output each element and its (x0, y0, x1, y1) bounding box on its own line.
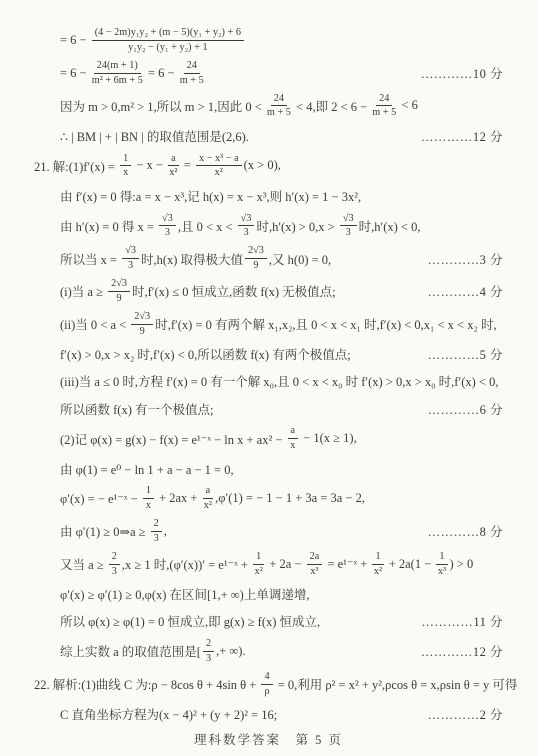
fraction-numerator: 4 (261, 671, 272, 685)
fraction-numerator: a (168, 153, 179, 167)
fraction: 2√39 (108, 278, 130, 305)
math-text: 由 f′(x) = 0 得:a = x − x³,记 h(x) = x − x³… (60, 187, 361, 205)
solution-line: ∴ | BM | + | BN | 的取值范围是(2,6).…………12 分 (34, 125, 503, 146)
fraction: √33 (238, 213, 255, 240)
fraction-denominator: x (290, 439, 295, 452)
fraction-denominator: 3 (346, 226, 351, 239)
math-text: , (164, 524, 167, 539)
fraction-denominator: 3 (128, 259, 133, 272)
math-text: ,x ≥ 1 时,(φ′(x))′ = e¹⁻ˣ + (122, 555, 251, 573)
math-text: < 4,即 2 < 6 − (293, 97, 370, 115)
fraction-denominator: y₁y₂ − (y₁ + y₂) + 1 (128, 41, 207, 54)
math-text: φ′(x) = − e¹⁻ˣ − (60, 491, 141, 507)
solution-line: 由 f′(x) = 0 得:a = x − x³,记 h(x) = x − x³… (34, 185, 503, 206)
fraction-numerator: 2√3 (131, 311, 153, 325)
fraction-numerator: 1 (372, 551, 383, 565)
fraction-denominator: x² (374, 565, 382, 578)
solution-line: 又当 a ≥ 23,x ≥ 1 时,(φ′(x))′ = e¹⁻ˣ + 1x² … (34, 551, 503, 578)
fraction: (4 − 2m)y₁y₂ + (m − 5)(y₁ + y₂) + 6y₁y₂ … (92, 27, 244, 54)
math-text: 由 φ′(1) ≥ 0⇒a ≥ (60, 522, 149, 540)
fraction: 24m + 5 (372, 93, 396, 120)
solution-line: 21. 解:(1)f′(x) = 1x − x − ax² = x − x³ −… (34, 153, 503, 180)
fraction-denominator: m² + 6m + 5 (92, 74, 143, 87)
fraction-denominator: 3 (112, 565, 117, 578)
fraction-denominator: ρ (264, 685, 269, 698)
fraction-numerator: √3 (238, 213, 255, 227)
math-text: 所以当 x = (60, 250, 120, 268)
solution-line: (2)记 φ(x) = g(x) − f(x) = e¹⁻ˣ − ln x + … (34, 425, 503, 452)
fraction-numerator: 1 (120, 153, 131, 167)
fraction: 23 (203, 638, 214, 665)
fraction: 1x³ (436, 551, 447, 578)
fraction: 1x² (253, 551, 264, 578)
math-text: 时,f′(x) = 0 有两个解 x₁,x₂,且 0 < x < x₁ 时,f′… (155, 315, 496, 333)
math-text: (2)记 φ(x) = g(x) − f(x) = e¹⁻ˣ − ln x + … (60, 430, 286, 448)
score-marker: …………11 分 (413, 612, 503, 630)
fraction: √33 (340, 213, 357, 240)
fraction-denominator: 3 (206, 652, 211, 665)
solution-line: 因为 m > 0,m² > 1,所以 m > 1,因此 0 < 24m + 5 … (34, 93, 503, 120)
math-text: = e¹⁻ˣ + (324, 556, 370, 572)
solution-line: (iii)当 a ≤ 0 时,方程 f′(x) = 0 有一个解 x₀,且 0 … (34, 371, 503, 392)
math-text: = (181, 158, 194, 173)
fraction-numerator: 2 (203, 638, 214, 652)
solution-line: 所以函数 f(x) 有一个极值点;…………6 分 (34, 398, 503, 419)
math-text: 所以 φ(x) ≥ φ(1) = 0 恒成立,即 g(x) ≥ f(x) 恒成立… (60, 612, 320, 630)
fraction: √33 (122, 245, 139, 272)
fraction: 23 (109, 551, 120, 578)
fraction-numerator: a (288, 425, 299, 439)
fraction-denominator: x³ (438, 565, 446, 578)
score-marker: …………10 分 (413, 64, 503, 82)
fraction-denominator: m + 5 (372, 106, 396, 119)
fraction-denominator: x (123, 166, 128, 179)
fraction-denominator: x (146, 499, 151, 512)
fraction: 24m + 5 (267, 93, 291, 120)
fraction: x − x³ − ax² (196, 153, 242, 180)
fraction-numerator: √3 (159, 213, 176, 227)
math-text: 22. 解析:(1)曲线 C 为:ρ − 8cos θ + 4sin θ + (34, 675, 259, 693)
math-text: ,+ ∞). (216, 644, 246, 659)
solution-line: φ′(x) ≥ φ′(1) ≥ 0,φ(x) 在区间[1,+ ∞)上单调递增, (34, 584, 503, 605)
solution-line: 由 h′(x) = 0 得 x = √33,且 0 < x < √33时,h′(… (34, 213, 503, 240)
solution-line: 综上实数 a 的取值范围是[23,+ ∞).…………12 分 (34, 638, 503, 665)
math-text: = 6 − (60, 33, 90, 48)
fraction: √33 (159, 213, 176, 240)
math-text: (x > 0), (244, 158, 281, 173)
math-text: 综上实数 a 的取值范围是[ (60, 642, 201, 660)
solution-line: C 直角坐标方程为(x − 4)² + (y + 2)² = 16;…………2 … (34, 704, 503, 725)
math-text: ,且 0 < x < (178, 217, 236, 235)
fraction-numerator: √3 (340, 213, 357, 227)
fraction-numerator: 1 (253, 551, 264, 565)
fraction-denominator: 3 (243, 226, 248, 239)
solution-line: = 6 − (4 − 2m)y₁y₂ + (m − 5)(y₁ + y₂) + … (34, 27, 503, 54)
solution-line: (ii)当 0 < a < 2√39时,f′(x) = 0 有两个解 x₁,x₂… (34, 311, 503, 338)
math-text: 所以函数 f(x) 有一个极值点; (60, 400, 213, 418)
math-text: 因为 m > 0,m² > 1,所以 m > 1,因此 0 < (60, 97, 265, 115)
fraction-denominator: x² (255, 565, 263, 578)
fraction-numerator: 2√3 (108, 278, 130, 292)
fraction: 23 (151, 518, 162, 545)
math-text: 由 h′(x) = 0 得 x = (60, 217, 157, 235)
math-text: + 2a − (266, 557, 304, 572)
fraction: 2ax³ (307, 551, 323, 578)
fraction-denominator: x² (169, 166, 177, 179)
solution-line: f′(x) > 0,x > x₂ 时,f′(x) < 0,所以函数 f(x) 有… (34, 344, 503, 365)
math-text: ∴ | BM | + | BN | 的取值范围是(2,6). (60, 127, 249, 145)
math-text: ) > 0 (450, 557, 474, 572)
fraction: 1x (120, 153, 131, 180)
math-text: 又当 a ≥ (60, 555, 107, 573)
page-footer: 理科数学答案 第 5 页 (34, 726, 503, 750)
math-text: < 6 (398, 98, 418, 113)
fraction-denominator: 9 (116, 292, 121, 305)
fraction-numerator: 24 (376, 93, 392, 107)
fraction-denominator: 9 (253, 259, 258, 272)
score-marker: …………3 分 (420, 250, 503, 268)
fraction-denominator: 9 (140, 325, 145, 338)
solution-line: 所以 φ(x) ≥ φ(1) = 0 恒成立,即 g(x) ≥ f(x) 恒成立… (34, 611, 503, 632)
fraction-numerator: x − x³ − a (196, 153, 242, 167)
solution-line: 22. 解析:(1)曲线 C 为:ρ − 8cos θ + 4sin θ + 4… (34, 671, 503, 698)
solution-line: (i)当 a ≥ 2√39时,f′(x) ≤ 0 恒成立,函数 f(x) 无极值… (34, 278, 503, 305)
math-text: 由 φ(1) = e⁰ − ln 1 + a − a − 1 = 0, (60, 460, 234, 478)
fraction: 24m + 5 (180, 60, 204, 87)
math-text: + 2ax + (156, 491, 201, 506)
math-text: = 0,利用 ρ² = x² + y²,ρcos θ = x,ρsin θ = … (275, 675, 518, 693)
answer-sheet-page: = 6 − (4 − 2m)y₁y₂ + (m − 5)(y₁ + y₂) + … (0, 0, 537, 756)
math-text: 21. 解:(1)f′(x) = (34, 157, 118, 175)
fraction: 24(m + 1)m² + 6m + 5 (92, 60, 143, 87)
fraction-denominator: 3 (154, 532, 159, 545)
fraction-denominator: m + 5 (267, 106, 291, 119)
math-text: C 直角坐标方程为(x − 4)² + (y + 2)² = 16; (60, 705, 277, 723)
math-text: 时,f′(x) ≤ 0 恒成立,函数 f(x) 无极值点; (132, 282, 336, 300)
score-marker: …………5 分 (420, 345, 503, 363)
fraction: 2√39 (245, 245, 267, 272)
math-text: 时,h(x) 取得极大值 (141, 250, 243, 268)
fraction-denominator: x² (215, 166, 223, 179)
math-text: (i)当 a ≥ (60, 282, 106, 300)
fraction: ax (288, 425, 299, 452)
fraction-numerator: (4 − 2m)y₁y₂ + (m − 5)(y₁ + y₂) + 6 (92, 27, 244, 41)
score-marker: …………4 分 (420, 282, 503, 300)
fraction-numerator: √3 (122, 245, 139, 259)
solution-line: 由 φ(1) = e⁰ − ln 1 + a − a − 1 = 0, (34, 458, 503, 479)
fraction-numerator: 2a (307, 551, 323, 565)
math-text: (iii)当 a ≤ 0 时,方程 f′(x) = 0 有一个解 x₀,且 0 … (60, 372, 498, 390)
fraction-numerator: a (203, 485, 214, 499)
math-text: 时,h′(x) > 0,x > (256, 217, 337, 235)
fraction-numerator: 24(m + 1) (94, 60, 141, 74)
math-text: φ′(x) ≥ φ′(1) ≥ 0,φ(x) 在区间[1,+ ∞)上单调递增, (60, 585, 309, 603)
math-text: f′(x) > 0,x > x₂ 时,f′(x) < 0,所以函数 f(x) 有… (60, 345, 351, 363)
math-text: − x − (133, 158, 166, 173)
fraction-numerator: 24 (271, 93, 287, 107)
fraction: 4ρ (261, 671, 272, 698)
fraction-numerator: 24 (184, 60, 200, 74)
fraction: 1x² (372, 551, 383, 578)
math-text: (ii)当 0 < a < (60, 315, 129, 333)
score-marker: …………6 分 (420, 400, 503, 418)
math-text: = 6 − (145, 66, 178, 81)
fraction-denominator: x² (204, 499, 212, 512)
math-text: − 1(x ≥ 1), (300, 431, 357, 446)
fraction-numerator: 2√3 (245, 245, 267, 259)
fraction-denominator: x³ (310, 565, 318, 578)
fraction: 2√39 (131, 311, 153, 338)
math-text: + 2a(1 − (386, 557, 435, 572)
fraction-numerator: 1 (436, 551, 447, 565)
solution-line: 由 φ′(1) ≥ 0⇒a ≥ 23,…………8 分 (34, 518, 503, 545)
fraction-numerator: 2 (151, 518, 162, 532)
math-text: 时,h′(x) < 0, (359, 217, 421, 235)
solution-line: φ′(x) = − e¹⁻ˣ − 1x + 2ax + ax²,φ′(1) = … (34, 485, 503, 512)
math-text: ,又 h(0) = 0, (269, 250, 331, 268)
fraction: ax² (168, 153, 179, 180)
fraction-numerator: 1 (143, 485, 154, 499)
fraction: 1x (143, 485, 154, 512)
solution-line: = 6 − 24(m + 1)m² + 6m + 5 = 6 − 24m + 5… (34, 60, 503, 87)
math-text: = 6 − (60, 66, 90, 81)
fraction-numerator: 2 (109, 551, 120, 565)
score-marker: …………12 分 (413, 642, 503, 660)
score-marker: …………12 分 (413, 127, 503, 145)
fraction: ax² (203, 485, 214, 512)
score-marker: …………8 分 (420, 522, 503, 540)
fraction-denominator: m + 5 (180, 74, 204, 87)
math-text: ,φ′(1) = − 1 − 1 + 3a = 3a − 2, (215, 491, 365, 506)
solution-lines: = 6 − (4 − 2m)y₁y₂ + (m − 5)(y₁ + y₂) + … (34, 26, 503, 726)
score-marker: …………2 分 (420, 705, 503, 723)
solution-line: 所以当 x = √33时,h(x) 取得极大值2√39,又 h(0) = 0,…… (34, 245, 503, 272)
fraction-denominator: 3 (165, 226, 170, 239)
